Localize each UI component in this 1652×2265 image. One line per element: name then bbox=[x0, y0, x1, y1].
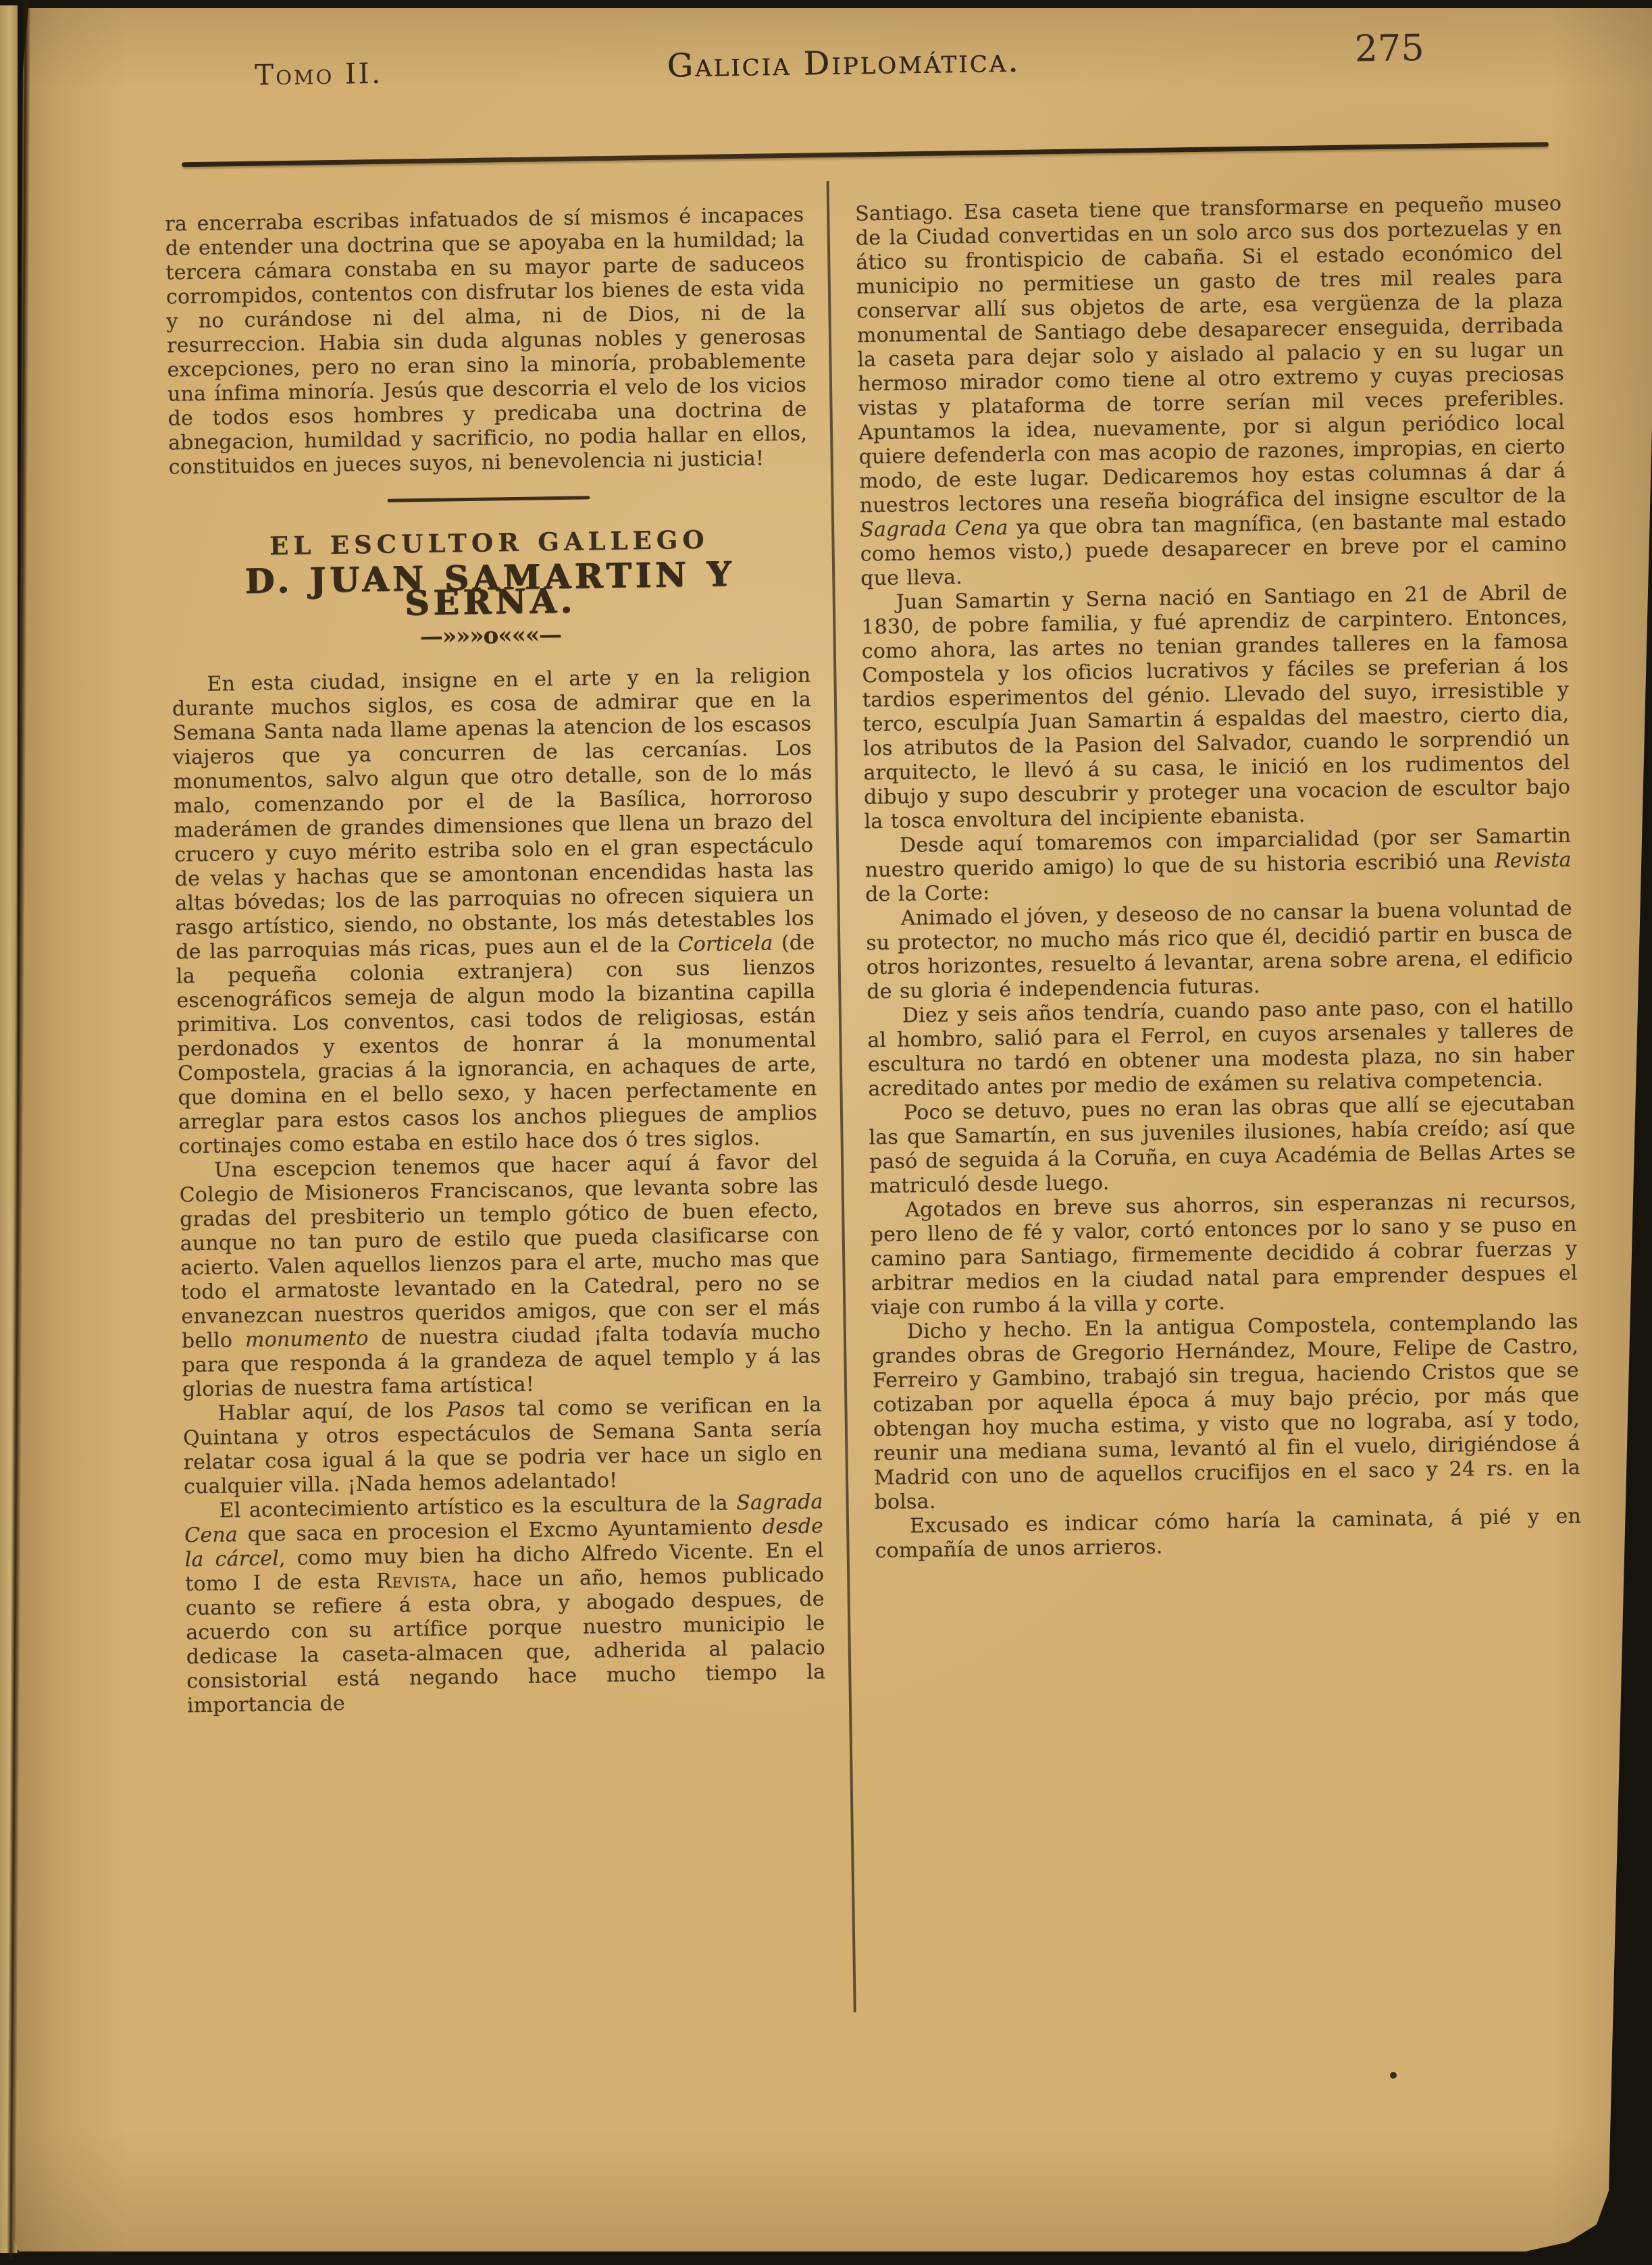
masthead-rule bbox=[182, 142, 1549, 167]
left-column-intro: ra encerraba escribas infatuados de sí m… bbox=[165, 203, 808, 480]
volume-label: Tomo II. bbox=[255, 57, 383, 92]
paragraph: Dicho y hecho. En la antigua Compostela,… bbox=[872, 1310, 1581, 1515]
journal-title: Galicia Diplomática. bbox=[634, 41, 1054, 85]
paragraph: Diez y seis años tendría, cuando paso an… bbox=[867, 994, 1575, 1102]
paragraph: Santiago. Esa caseta tiene que transform… bbox=[855, 192, 1567, 591]
left-column-article: En esta ciudad, insigne en el arte y en … bbox=[172, 664, 826, 1719]
paragraph: ra encerraba escribas infatuados de sí m… bbox=[165, 203, 808, 480]
paragraph: Juan Samartin y Serna nació en Santiago … bbox=[861, 581, 1571, 834]
scanned-page-photo: { "page": { "header": { "volume_label": … bbox=[0, 0, 1652, 2265]
left-column: ra encerraba escribas infatuados de sí m… bbox=[165, 203, 826, 1719]
paragraph: Excusado es indicar cómo haría la camina… bbox=[875, 1505, 1582, 1564]
paragraph: Hablar aquí, de los Pasos tal como se ve… bbox=[182, 1392, 823, 1499]
page-number: 275 bbox=[1354, 26, 1424, 70]
paragraph: Agotados en breve sus ahorros, sin esper… bbox=[870, 1189, 1578, 1320]
section-divider-rule bbox=[387, 496, 590, 502]
paragraph: En esta ciudad, insigne en el arte y en … bbox=[172, 664, 818, 1160]
paragraph: Desde aquí tomaremos con imparcialidad (… bbox=[864, 824, 1572, 908]
arrow-ornament-icon: —»»»o«««— bbox=[171, 619, 810, 653]
section-title: D. JUAN SAMARTIN Y SERNA. bbox=[170, 561, 810, 619]
ink-speck bbox=[1390, 2072, 1397, 2079]
column-divider-rule bbox=[827, 181, 856, 2012]
right-column: Santiago. Esa caseta tiene que transform… bbox=[855, 192, 1582, 1563]
paragraph: Poco se detuvo, pues no eran las obras q… bbox=[869, 1091, 1576, 1199]
paragraph: Animado el jóven, y deseoso de no cansar… bbox=[866, 897, 1574, 1005]
printed-content: Tomo II. Galicia Diplomática. 275 ra enc… bbox=[0, 0, 1652, 2264]
paragraph: Una escepcion tenemos que hacer aquí á f… bbox=[179, 1149, 821, 1402]
paragraph: El acontecimiento artístico es la escult… bbox=[184, 1490, 826, 1718]
right-column-text: Santiago. Esa caseta tiene que transform… bbox=[855, 192, 1582, 1563]
